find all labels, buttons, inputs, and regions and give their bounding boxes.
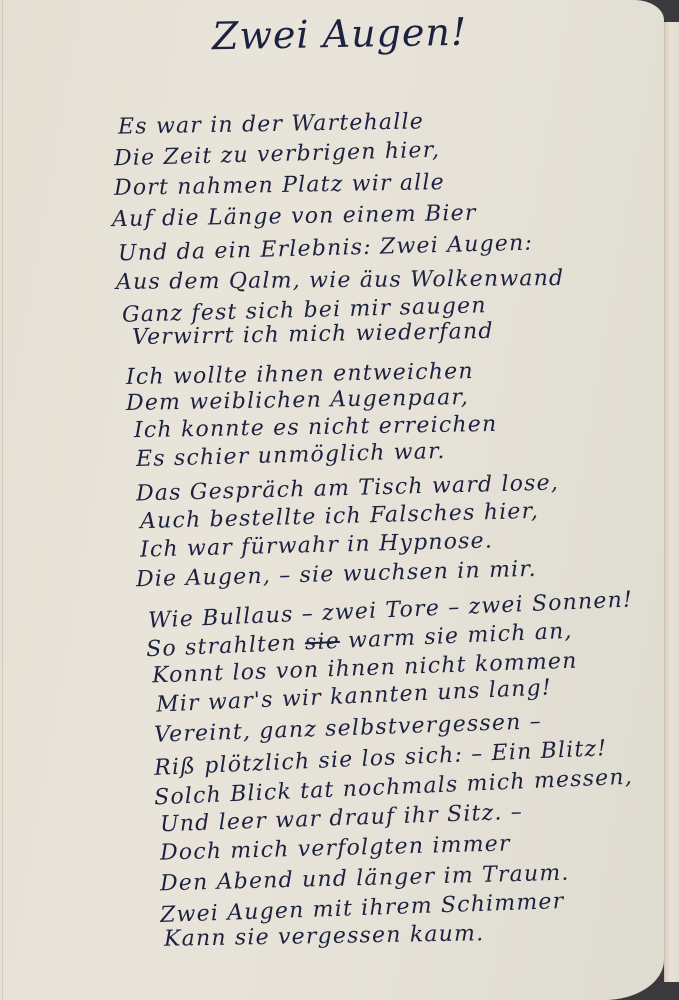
poem-line: Verwirrt ich mich wiederfand	[132, 319, 494, 351]
poem-line: Es schier unmöglich war.	[136, 439, 446, 473]
poem-line: Aus dem Qalm, wie äus Wolkenwand	[116, 266, 565, 296]
poem-line: Dem weiblichen Augenpaar,	[126, 385, 469, 417]
poem-title: Zwei Augen!	[212, 10, 468, 58]
line-text: So strahlten	[146, 631, 298, 663]
struck-out-word: sie	[304, 629, 340, 656]
photo-scene: Zwei Augen! Es war in der Wartehalle Die…	[0, 0, 679, 1000]
poem-line: Auf die Länge von einem Bier	[112, 201, 477, 233]
adjacent-page-edge	[664, 22, 679, 982]
poem-line: Doch mich verfolgten immer	[160, 831, 511, 866]
poem-line: Die Zeit zu verbrigen hier,	[114, 138, 441, 173]
poem-line: Es war in der Wartehalle	[118, 109, 424, 140]
poem-line: Dort nahmen Platz wir alle	[114, 170, 445, 202]
poem-line: Und da ein Erlebnis: Zwei Augen:	[118, 231, 534, 268]
poem-line: Die Augen, – sie wuchsen in mir.	[136, 557, 537, 593]
poem-line: Kann sie vergessen kaum.	[164, 921, 485, 953]
notebook-page: Zwei Augen! Es war in der Wartehalle Die…	[0, 0, 664, 1000]
